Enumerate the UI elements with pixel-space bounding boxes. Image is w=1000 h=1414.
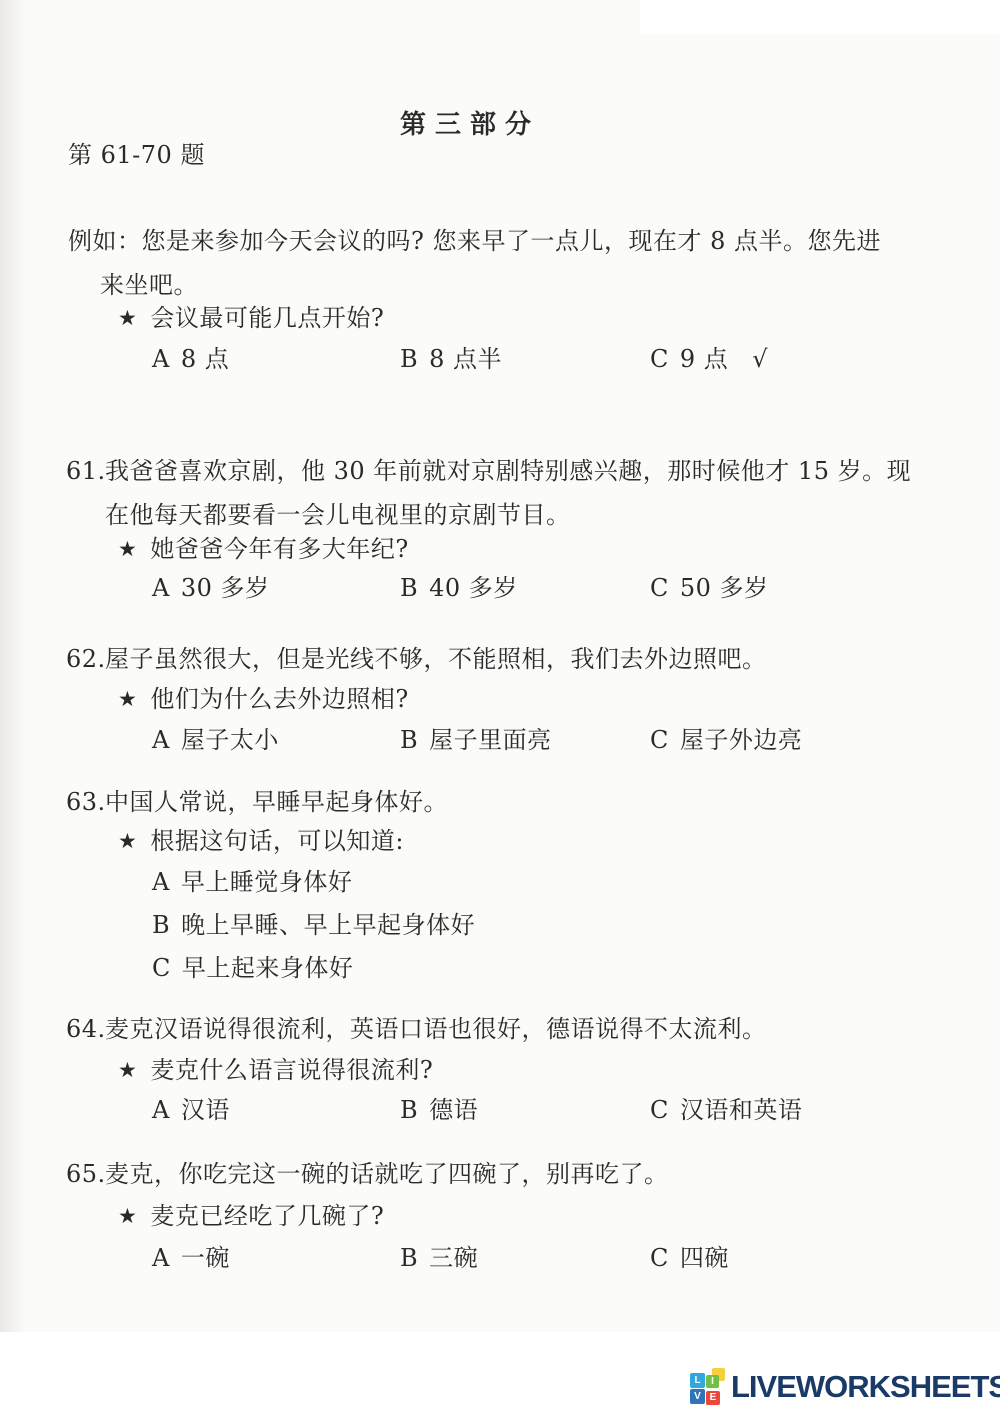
example-question: 会议最可能几点开始?	[150, 304, 384, 332]
option-a[interactable]: A30 多岁	[152, 573, 270, 603]
star-icon: ★	[118, 1204, 137, 1228]
star-icon: ★	[118, 306, 137, 330]
example-line1: 例如：您是来参加今天会议的吗? 您来早了一点儿，现在才 8 点半。您先进	[68, 226, 881, 256]
option-c[interactable]: C汉语和英语	[650, 1095, 802, 1125]
example-option-c[interactable]: C9 点√	[650, 344, 768, 374]
star-question: ★麦克已经吃了几碗了?	[118, 1201, 384, 1232]
scan-edge-shadow	[0, 0, 26, 1340]
example-option-b[interactable]: B8 点半	[400, 344, 502, 374]
question-text-line1: 麦克汉语说得很流利，英语口语也很好，德语说得不太流利。	[105, 1014, 767, 1044]
option-c[interactable]: C50 多岁	[650, 573, 769, 603]
option-a[interactable]: A汉语	[152, 1095, 230, 1125]
star-question: ★根据这句话，可以知道:	[118, 826, 404, 857]
example-line2: 来坐吧。	[100, 270, 198, 300]
star-question: ★他们为什么去外边照相?	[118, 684, 409, 715]
option-c[interactable]: C屋子外边亮	[650, 725, 802, 755]
brand-name: LIVEWORKSHEETS	[731, 1369, 1000, 1405]
letter-l-tile-icon: L	[690, 1373, 705, 1388]
option-c[interactable]: C早上起来身体好	[152, 953, 353, 983]
example-option-a[interactable]: A8 点	[152, 344, 229, 374]
question-number: 65.	[66, 1159, 106, 1189]
options-row: A一碗 B三碗 C四碗	[0, 1243, 1000, 1277]
question-text-line1: 我爸爸喜欢京剧，他 30 年前就对京剧特别感兴趣，那时候他才 15 岁。现	[105, 456, 911, 486]
example-star-question: ★会议最可能几点开始?	[118, 303, 384, 334]
question-text-line2: 在他每天都要看一会儿电视里的京剧节目。	[105, 500, 571, 530]
star-icon: ★	[118, 687, 137, 711]
star-icon: ★	[118, 537, 137, 561]
section-title: 第三部分	[0, 110, 940, 140]
option-b[interactable]: B三碗	[400, 1243, 478, 1273]
question-number: 63.	[66, 787, 106, 817]
question-number: 64.	[66, 1014, 106, 1044]
letter-i-tile-icon: I	[706, 1375, 719, 1388]
correct-check-mark: √	[752, 345, 768, 373]
liveworksheets-logo: L I V E LIVEWORKSHEETS	[688, 1366, 1000, 1408]
option-b[interactable]: B晚上早睡、早上早起身体好	[152, 910, 475, 940]
option-a[interactable]: A一碗	[152, 1243, 230, 1273]
example-options: A8 点 B8 点半 C9 点√	[0, 344, 1000, 378]
star-question: ★她爸爸今年有多大年纪?	[118, 534, 409, 565]
option-a[interactable]: A屋子太小	[152, 725, 279, 755]
star-icon: ★	[118, 829, 137, 853]
question-text-line1: 屋子虽然很大，但是光线不够，不能照相，我们去外边照吧。	[105, 644, 767, 674]
option-c[interactable]: C四碗	[650, 1243, 729, 1273]
star-question: ★麦克什么语言说得很流利?	[118, 1055, 433, 1086]
letter-v-tile-icon: V	[690, 1389, 705, 1404]
star-icon: ★	[118, 1058, 137, 1082]
question-range-label: 第 61-70 题	[68, 140, 205, 170]
example-label: 例如：	[68, 227, 142, 255]
question-text-line1: 中国人常说，早睡早起身体好。	[105, 787, 448, 817]
scan-top-margin	[640, 0, 1000, 34]
liveworksheets-icon: L I V E	[688, 1367, 728, 1407]
options-row: A屋子太小 B屋子里面亮 C屋子外边亮	[0, 725, 1000, 759]
question-number: 61.	[66, 456, 106, 486]
option-a[interactable]: A早上睡觉身体好	[152, 867, 352, 897]
option-b[interactable]: B屋子里面亮	[400, 725, 552, 755]
question-text-line1: 麦克，你吃完这一碗的话就吃了四碗了，别再吃了。	[105, 1159, 669, 1189]
question-number: 62.	[66, 644, 106, 674]
options-row: A汉语 B德语 C汉语和英语	[0, 1095, 1000, 1129]
example-text: 您是来参加今天会议的吗? 您来早了一点儿，现在才 8 点半。您先进	[142, 227, 882, 255]
letter-e-tile-icon: E	[706, 1391, 720, 1405]
options-row: A30 多岁 B40 多岁 C50 多岁	[0, 573, 1000, 607]
option-b[interactable]: B40 多岁	[400, 573, 518, 603]
option-b[interactable]: B德语	[400, 1095, 478, 1125]
